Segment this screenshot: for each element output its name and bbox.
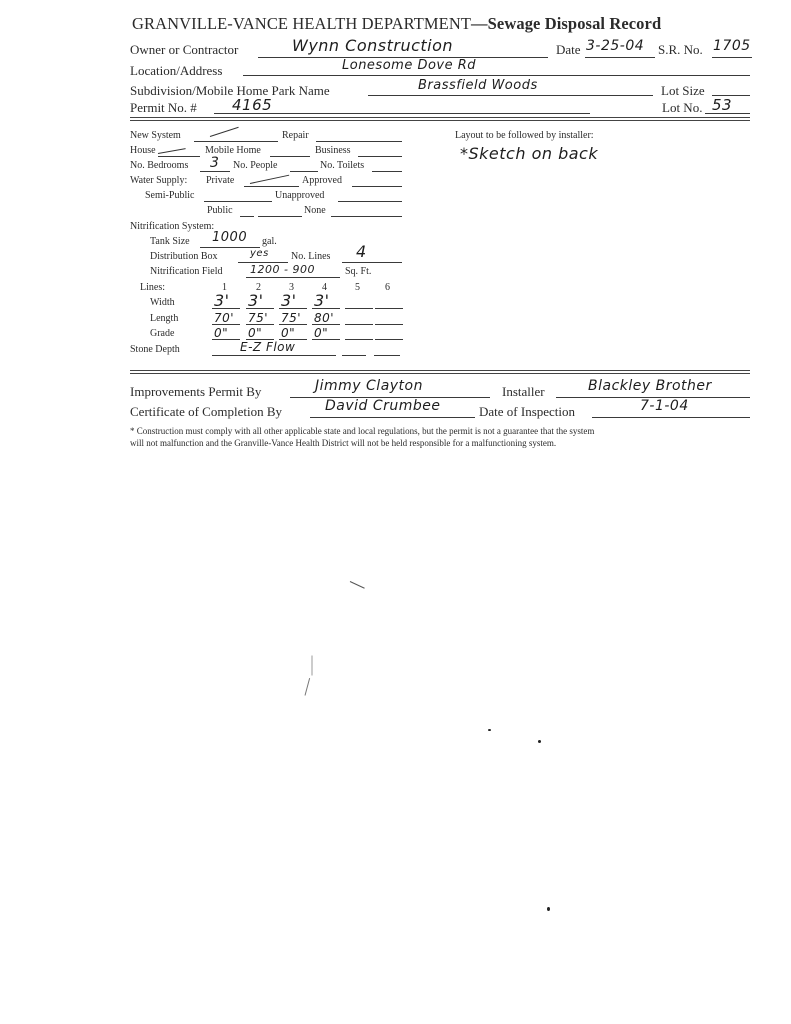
disclaimer-line-2: will not malfunction and the Granville-V…	[130, 438, 556, 448]
nitrification-field-value[interactable]: 1200 - 900	[250, 263, 315, 276]
distribution-box-label: Distribution Box	[150, 251, 218, 262]
house-label: House	[130, 145, 156, 156]
date-label: Date	[556, 42, 581, 58]
width-line-4-field[interactable]: 3'	[314, 291, 330, 310]
lot-size-label: Lot Size	[661, 83, 705, 99]
scan-speck	[538, 740, 541, 743]
repair-label: Repair	[282, 130, 309, 141]
permit-label: Permit No. #	[130, 100, 197, 116]
house-checkmark[interactable]	[158, 148, 186, 154]
length-label: Length	[150, 313, 178, 324]
layout-field[interactable]: *Sketch on back	[460, 144, 598, 163]
distribution-box-field[interactable]: yes	[250, 248, 269, 259]
line-number-5: 5	[355, 282, 360, 293]
tank-unit-label: gal.	[262, 236, 277, 247]
header-divider	[130, 117, 750, 121]
approved-label: Approved	[302, 175, 342, 186]
private-label: Private	[206, 175, 234, 186]
nitrification-section-label: Nitrification System:	[130, 221, 214, 232]
toilets-label: No. Toilets	[320, 160, 364, 171]
width-line-1-field[interactable]: 3'	[214, 291, 230, 310]
certificate-label: Certificate of Completion By	[130, 404, 282, 420]
grade-line-3-field[interactable]: 0"	[281, 326, 295, 340]
width-label: Width	[150, 297, 175, 308]
owner-label: Owner or Contractor	[130, 42, 238, 58]
length-line-1-field[interactable]: 70'	[214, 311, 234, 325]
field-unit-label: Sq. Ft.	[345, 266, 371, 277]
subdivision-field[interactable]: Brassfield Woods	[418, 78, 538, 93]
installer-label: Installer	[502, 384, 545, 400]
scan-mark	[312, 656, 313, 676]
installer-field[interactable]: Blackley Brother	[588, 378, 712, 394]
width-line-3-field[interactable]: 3'	[281, 291, 297, 310]
public-label: Public	[207, 205, 233, 216]
improvements-permit-label: Improvements Permit By	[130, 384, 261, 400]
lines-label: Lines:	[140, 282, 165, 293]
inspection-date-label: Date of Inspection	[479, 404, 575, 420]
scan-mark	[350, 581, 365, 589]
lot-no-field[interactable]: 53	[712, 96, 732, 114]
length-line-3-field[interactable]: 75'	[281, 311, 301, 325]
stone-depth-field[interactable]: E-Z Flow	[240, 340, 295, 354]
new-system-checkmark[interactable]	[210, 127, 239, 137]
permit-field[interactable]: 4165	[232, 96, 272, 114]
scan-speck	[488, 729, 491, 731]
subdivision-label: Subdivision/Mobile Home Park Name	[130, 83, 330, 99]
line-number-6: 6	[385, 282, 390, 293]
inspection-date-field[interactable]: 7-1-04	[640, 398, 689, 414]
sr-no-label: S.R. No.	[658, 42, 703, 58]
date-field[interactable]: 3-25-04	[586, 38, 644, 54]
unapproved-label: Unapproved	[275, 190, 324, 201]
new-system-label: New System	[130, 130, 181, 141]
no-lines-field[interactable]: 4	[356, 242, 367, 261]
scan-mark	[305, 678, 311, 696]
length-line-4-field[interactable]: 80'	[314, 311, 334, 325]
location-label: Location/Address	[130, 63, 222, 79]
semi-public-label: Semi-Public	[145, 190, 194, 201]
bedrooms-field[interactable]: 3	[210, 155, 219, 171]
footer-divider	[130, 370, 750, 374]
no-lines-label: No. Lines	[291, 251, 330, 262]
grade-line-1-field[interactable]: 0"	[214, 326, 228, 340]
form-title: GRANVILLE-VANCE HEALTH DEPARTMENT—Sewage…	[132, 14, 661, 34]
none-label: None	[304, 205, 326, 216]
grade-line-2-field[interactable]: 0"	[248, 326, 262, 340]
disclaimer-line-1: * Construction must comply with all othe…	[130, 426, 594, 436]
layout-label: Layout to be followed by installer:	[455, 130, 594, 141]
lot-no-label: Lot No.	[662, 100, 702, 116]
owner-field[interactable]: Wynn Construction	[292, 36, 453, 55]
nitrification-field-label: Nitrification Field	[150, 266, 223, 277]
sr-no-field[interactable]: 1705	[713, 38, 751, 54]
width-line-2-field[interactable]: 3'	[248, 291, 264, 310]
business-label: Business	[315, 145, 351, 156]
stone-depth-label: Stone Depth	[130, 344, 180, 355]
length-line-2-field[interactable]: 75'	[248, 311, 268, 325]
improvements-permit-field[interactable]: Jimmy Clayton	[315, 378, 423, 394]
scan-speck	[547, 907, 550, 911]
certificate-field[interactable]: David Crumbee	[325, 398, 441, 414]
water-supply-label: Water Supply:	[130, 175, 187, 186]
tank-size-field[interactable]: 1000	[212, 230, 247, 245]
bedrooms-label: No. Bedrooms	[130, 160, 188, 171]
tank-size-label: Tank Size	[150, 236, 190, 247]
private-checkmark[interactable]	[250, 175, 289, 184]
location-field[interactable]: Lonesome Dove Rd	[342, 58, 476, 73]
grade-line-4-field[interactable]: 0"	[314, 326, 328, 340]
form-title-sub: —Sewage Disposal Record	[471, 14, 661, 33]
form-title-main: GRANVILLE-VANCE HEALTH DEPARTMENT	[132, 14, 471, 33]
grade-label: Grade	[150, 328, 174, 339]
people-label: No. People	[233, 160, 277, 171]
